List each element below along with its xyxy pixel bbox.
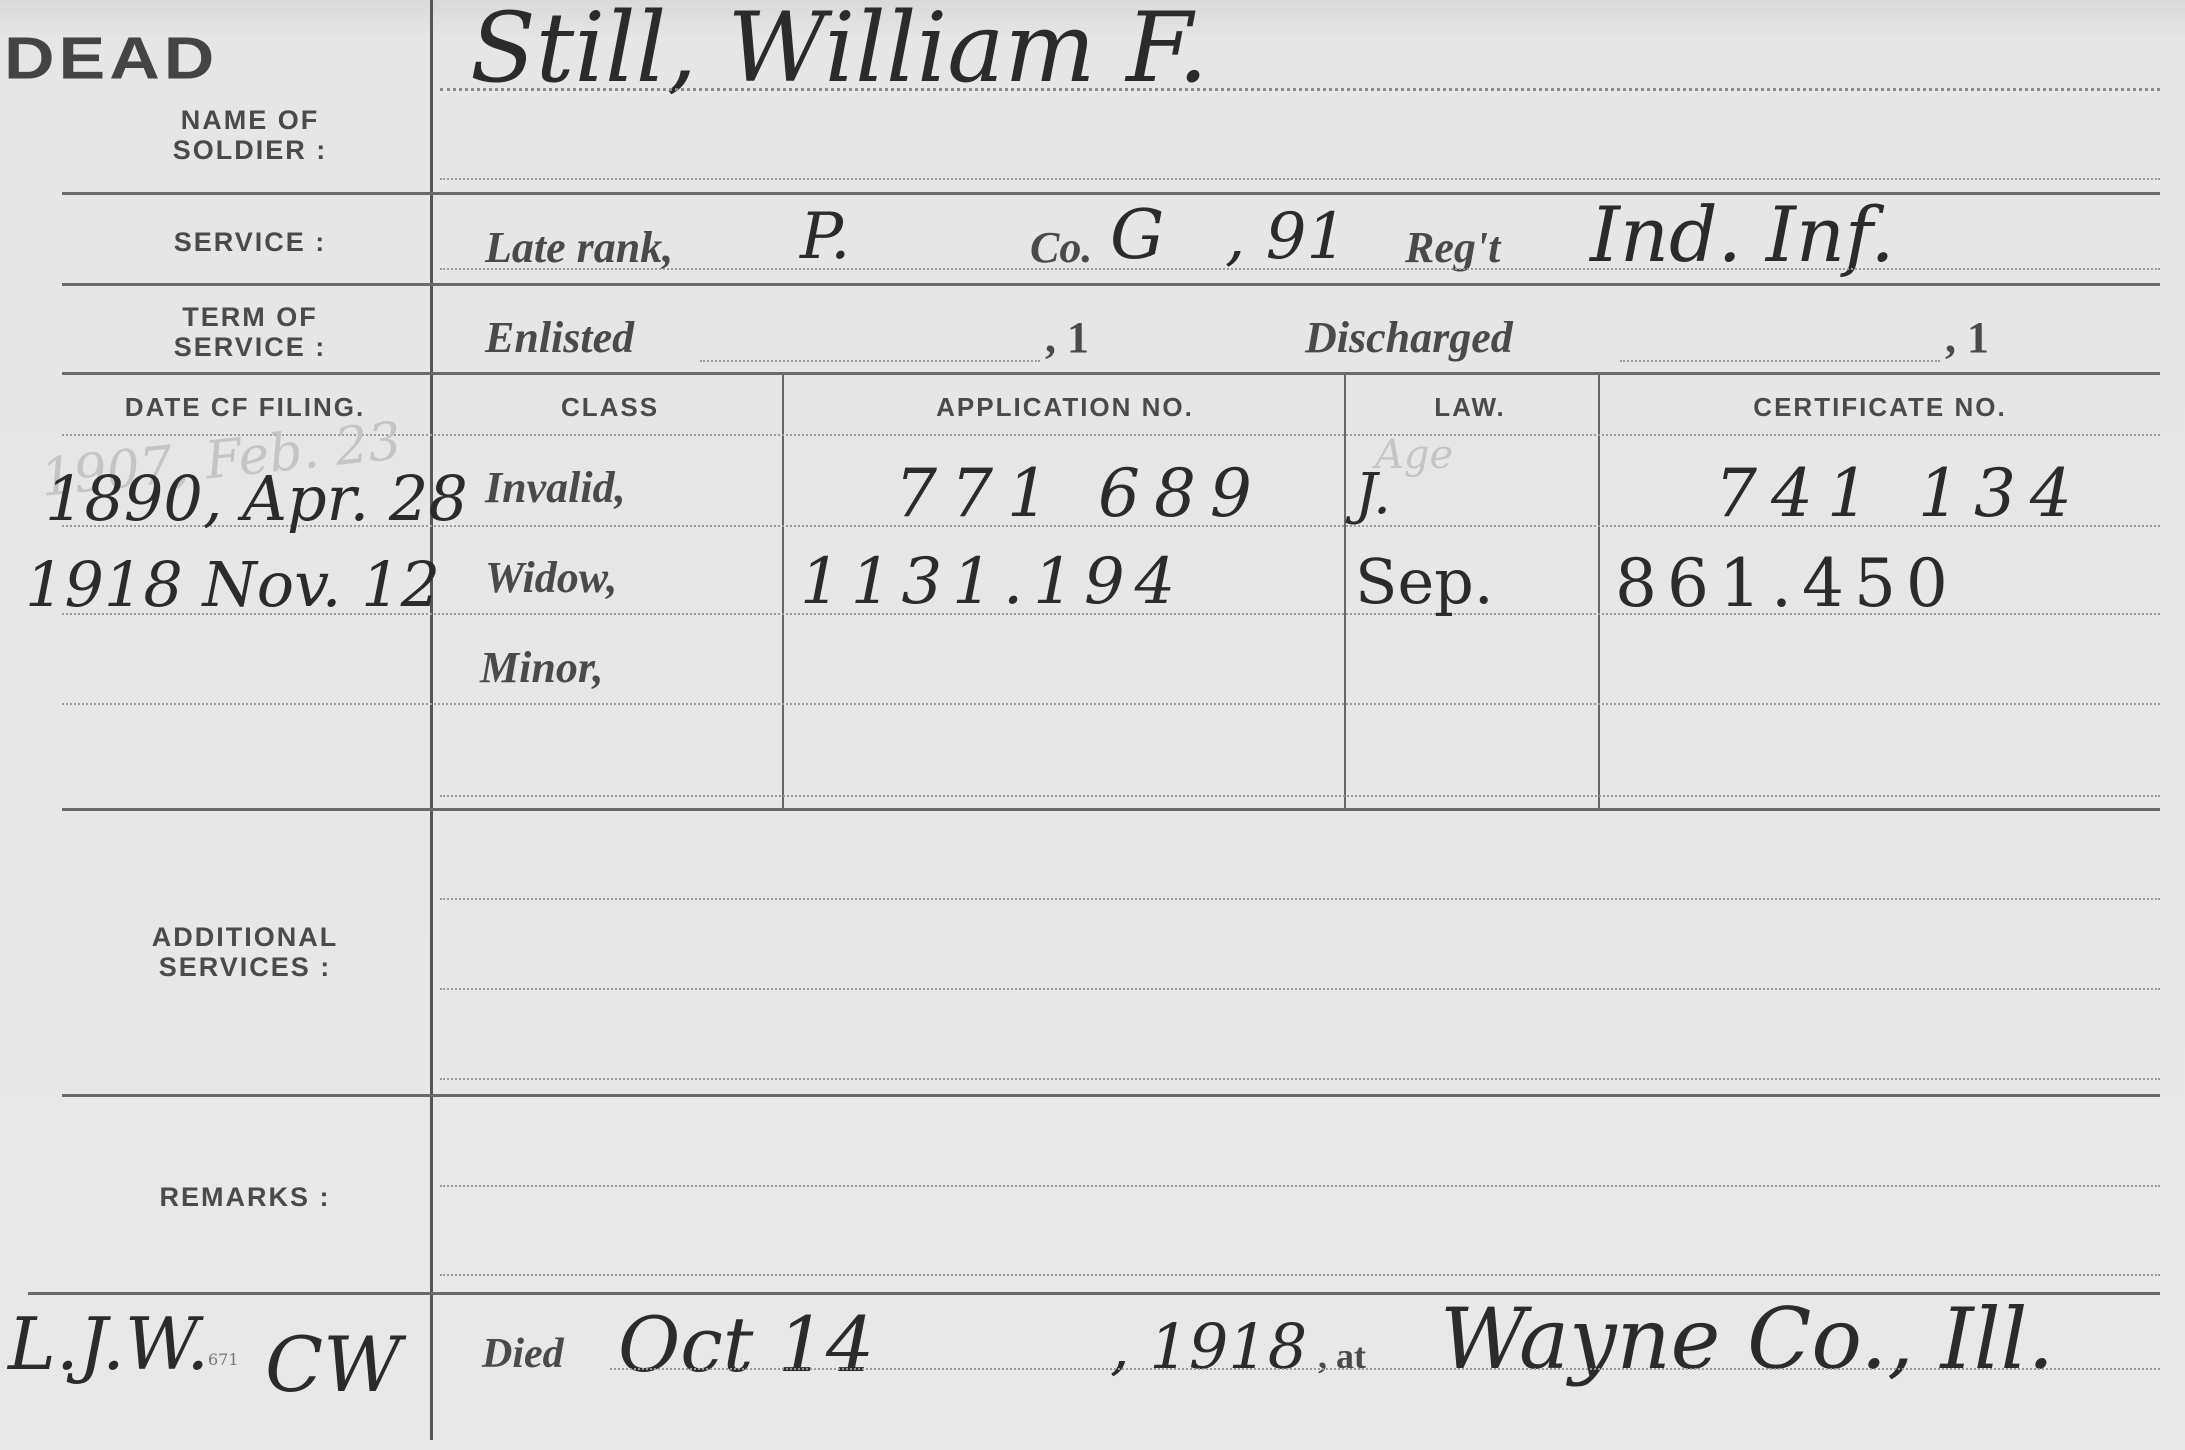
certificate-number: 861.450 <box>1615 545 1958 622</box>
law-value: J. <box>1355 462 1391 527</box>
label-line: SERVICES : <box>110 952 380 982</box>
column-divider <box>1344 375 1346 810</box>
filing-date: 1890, Apr. 28 <box>45 462 468 535</box>
company-value: G <box>1110 196 1164 275</box>
service-dotted-line <box>440 268 2160 270</box>
filing-date: 1918 Nov. 12 <box>25 548 440 621</box>
section-rule <box>62 808 2160 811</box>
company-label: Co. <box>1030 222 1092 273</box>
column-divider <box>782 375 784 810</box>
additional-services-line <box>440 1078 2160 1080</box>
additional-services-label: ADDITIONAL SERVICES : <box>110 922 380 982</box>
form-number: 671 <box>208 1350 239 1369</box>
clerk-initials: L.J.W. <box>8 1302 209 1386</box>
class-value: Invalid, <box>485 462 626 513</box>
service-label: SERVICE : <box>130 227 370 257</box>
remarks-label: REMARKS : <box>110 1182 380 1212</box>
term-of-service-label: TERM OF SERVICE : <box>130 302 370 362</box>
at-label: , at <box>1318 1335 1366 1377</box>
application-no-header: APPLICATION NO. <box>785 392 1345 422</box>
death-year: , 1918 <box>1110 1310 1307 1383</box>
regiment-number: , 91 <box>1225 200 1347 274</box>
class-value: Widow, <box>485 552 617 603</box>
remarks-line <box>440 1185 2160 1187</box>
certificate-number: 741 134 <box>1715 455 2086 532</box>
discharged-dotted-line <box>1620 360 1940 362</box>
class-header: CLASS <box>440 392 780 422</box>
discharged-label: Discharged <box>1305 312 1513 363</box>
discharged-year-suffix: , 1 <box>1945 312 1989 363</box>
section-rule <box>62 283 2160 286</box>
row-rule <box>62 703 2160 705</box>
additional-services-line <box>440 898 2160 900</box>
name-of-soldier-label: NAME OF SOLDIER : <box>150 105 350 165</box>
name-underline <box>440 88 2160 91</box>
certificate-no-header: CERTIFICATE NO. <box>1600 392 2160 422</box>
enlisted-year-suffix: , 1 <box>1045 312 1089 363</box>
label-line: TERM OF <box>130 302 370 332</box>
regiment-label: Reg't <box>1405 222 1500 273</box>
law-header: LAW. <box>1345 392 1595 422</box>
label-line: SERVICE : <box>130 332 370 362</box>
died-label: Died <box>482 1330 564 1378</box>
application-number: 771 689 <box>895 455 1266 532</box>
column-divider <box>1598 375 1600 810</box>
row-rule <box>440 795 2160 797</box>
application-number: 1131.194 <box>800 545 1185 619</box>
left-column-divider <box>430 0 433 1440</box>
enlisted-label: Enlisted <box>485 312 634 363</box>
dead-stamp: DEAD <box>4 24 218 92</box>
label-line: SOLDIER : <box>150 135 350 165</box>
label-line: ADDITIONAL <box>110 922 380 952</box>
death-date: Oct 14 <box>618 1300 874 1389</box>
regiment-value: Ind. Inf. <box>1590 190 1894 279</box>
enlisted-dotted-line <box>700 360 1040 362</box>
section-rule <box>62 1094 2160 1097</box>
additional-services-line <box>440 988 2160 990</box>
law-value: Sep. <box>1355 545 1494 618</box>
section-rule <box>62 372 2160 375</box>
late-rank-label: Late rank, <box>485 222 673 273</box>
name-dotted-line <box>440 178 2160 180</box>
class-value: Minor, <box>480 642 604 693</box>
reviewer-initials: CW <box>265 1320 401 1409</box>
pension-index-card: DEAD NAME OF SOLDIER : Still, William F.… <box>0 0 2185 1450</box>
died-dotted-line <box>610 1368 2160 1370</box>
label-line: NAME OF <box>150 105 350 135</box>
death-place: Wayne Co., Ill. <box>1440 1290 2054 1388</box>
late-rank-value: P. <box>800 200 850 274</box>
remarks-line <box>440 1274 2160 1276</box>
